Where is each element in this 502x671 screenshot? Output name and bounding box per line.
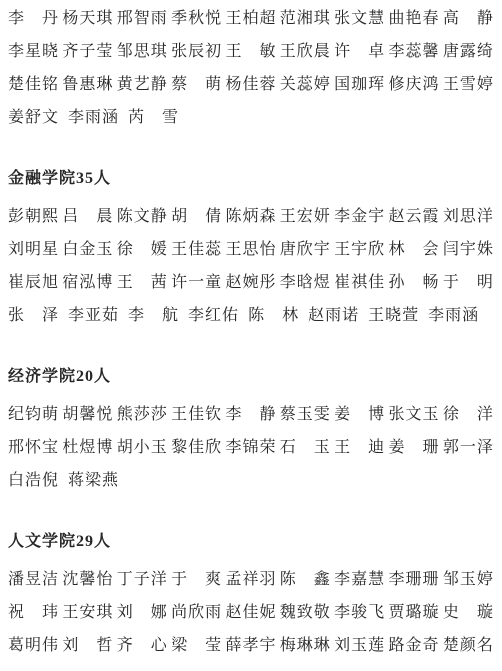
- person-name: 李金宇: [334, 203, 385, 226]
- person-name: 王佳钦: [171, 401, 222, 424]
- person-name: 李星晓: [8, 38, 59, 61]
- name-list-section: 经济学院20人纪钧萌胡馨悦熊莎莎王佳钦李 静蔡玉雯姜 博张文玉徐 洋邢怀宝杜煜博…: [8, 358, 494, 495]
- person-name: 黎佳欣: [171, 434, 222, 457]
- name-row: 楚佳铭鲁惠琳黄艺静蔡 萌杨佳蓉关蕊婷国珈珲修庆鸿王雪婷: [8, 66, 494, 99]
- name-list-section: 李 丹杨天琪邢智雨季秋悦王柏超范湘琪张文慧曲艳春高 静李星晓齐子莹邹思琪张辰初王…: [8, 0, 494, 132]
- name-row: 白浩倪蒋梁燕: [8, 462, 494, 495]
- person-name: 胡小玉: [117, 434, 168, 457]
- person-name: 鲁惠琳: [62, 71, 113, 94]
- person-name: 邹思琪: [117, 38, 168, 61]
- person-name: 胡馨悦: [62, 401, 113, 424]
- document: 李 丹杨天琪邢智雨季秋悦王柏超范湘琪张文慧曲艳春高 静李星晓齐子莹邹思琪张辰初王…: [8, 0, 494, 660]
- person-name: 陈 林: [248, 302, 299, 325]
- name-row: 张 泽李亚茹李 航李红佑陈 林赵雨诺王晓萱李雨涵: [8, 297, 494, 330]
- name-row: 祝 玮王安琪刘 娜尚欣雨赵佳妮魏致敬李骏飞贾璐璇史 璇: [8, 594, 494, 627]
- person-name: 吕 晨: [62, 203, 113, 226]
- person-name: 季秋悦: [171, 5, 222, 28]
- person-name: 王柏超: [225, 5, 276, 28]
- person-name: 楚佳铭: [8, 71, 59, 94]
- person-name: 丁子洋: [117, 566, 168, 589]
- person-name: 李晗煜: [280, 269, 331, 292]
- person-name: 齐 心: [117, 632, 168, 655]
- person-name: 魏致敬: [280, 599, 331, 622]
- person-name: 梅琳琳: [280, 632, 331, 655]
- person-name: 祝 玮: [8, 599, 59, 622]
- person-name: 芮 雪: [128, 104, 179, 127]
- person-name: 修庆鸿: [389, 71, 440, 94]
- person-name: 高 静: [443, 5, 494, 28]
- person-name: 李嘉慧: [334, 566, 385, 589]
- person-name: 王雪婷: [443, 71, 494, 94]
- person-name: 闫宇姝: [443, 236, 494, 259]
- person-name: 蔡 萌: [171, 71, 222, 94]
- person-name: 许一童: [171, 269, 222, 292]
- person-name: 熊莎莎: [117, 401, 168, 424]
- person-name: 崔辰旭: [8, 269, 59, 292]
- person-name: 刘 哲: [62, 632, 113, 655]
- person-name: 崔祺佳: [334, 269, 385, 292]
- name-row: 李星晓齐子莹邹思琪张辰初王 敏王欣晨许 卓李蕊馨唐露绮: [8, 33, 494, 66]
- person-name: 邢怀宝: [8, 434, 59, 457]
- section-header: 金融学院35人: [8, 160, 494, 193]
- person-name: 姜舒文: [8, 104, 59, 127]
- person-name: 刘玉莲: [334, 632, 385, 655]
- person-name: 孟祥羽: [225, 566, 276, 589]
- person-name: 宿泓博: [62, 269, 113, 292]
- person-name: 张文玉: [389, 401, 440, 424]
- person-name: 王佳蕊: [171, 236, 222, 259]
- person-name: 王 迪: [334, 434, 385, 457]
- person-name: 李雨涵: [428, 302, 479, 325]
- person-name: 许 卓: [334, 38, 385, 61]
- name-list-section: 人文学院29人潘昱洁沈馨怡丁子洋于 爽孟祥羽陈 鑫李嘉慧李珊珊邹玉婷祝 玮王安琪…: [8, 523, 494, 660]
- person-name: 楚颜名: [443, 632, 494, 655]
- person-name: 李蕊馨: [389, 38, 440, 61]
- person-name: 范湘琪: [280, 5, 331, 28]
- person-name: 邹玉婷: [443, 566, 494, 589]
- person-name: 杜煜博: [62, 434, 113, 457]
- person-name: 赵云霞: [389, 203, 440, 226]
- person-name: 郭一泽: [443, 434, 494, 457]
- person-name: 刘明星: [8, 236, 59, 259]
- person-name: 李亚茹: [68, 302, 119, 325]
- person-name: 陈文静: [117, 203, 168, 226]
- person-name: 葛明伟: [8, 632, 59, 655]
- person-name: 李 静: [225, 401, 276, 424]
- person-name: 尚欣雨: [171, 599, 222, 622]
- name-row: 邢怀宝杜煜博胡小玉黎佳欣李锦荣石 玉王 迪姜 珊郭一泽: [8, 429, 494, 462]
- person-name: 姜 博: [334, 401, 385, 424]
- person-name: 白浩倪: [8, 467, 59, 490]
- person-name: 蔡玉雯: [280, 401, 331, 424]
- person-name: 赵婉彤: [225, 269, 276, 292]
- person-name: 林 会: [389, 236, 440, 259]
- name-row: 李 丹杨天琪邢智雨季秋悦王柏超范湘琪张文慧曲艳春高 静: [8, 0, 494, 33]
- person-name: 国珈珲: [334, 71, 385, 94]
- name-row: 姜舒文李雨涵芮 雪: [8, 99, 494, 132]
- person-name: 薛孝宇: [225, 632, 276, 655]
- person-name: 张文慧: [334, 5, 385, 28]
- person-name: 沈馨怡: [62, 566, 113, 589]
- person-name: 陈 鑫: [280, 566, 331, 589]
- person-name: 杨天琪: [62, 5, 113, 28]
- name-row: 纪钧萌胡馨悦熊莎莎王佳钦李 静蔡玉雯姜 博张文玉徐 洋: [8, 396, 494, 429]
- person-name: 王安琪: [62, 599, 113, 622]
- person-name: 唐欣宇: [280, 236, 331, 259]
- person-name: 姜 珊: [389, 434, 440, 457]
- person-name: 李珊珊: [389, 566, 440, 589]
- person-name: 孙 畅: [389, 269, 440, 292]
- person-name: 赵雨诺: [308, 302, 359, 325]
- person-name: 李锦荣: [225, 434, 276, 457]
- person-name: 关蕊婷: [280, 71, 331, 94]
- person-name: 纪钧萌: [8, 401, 59, 424]
- person-name: 黄艺静: [117, 71, 168, 94]
- person-name: 路金奇: [389, 632, 440, 655]
- person-name: 杨佳蓉: [225, 71, 276, 94]
- person-name: 潘昱洁: [8, 566, 59, 589]
- person-name: 于 爽: [171, 566, 222, 589]
- person-name: 石 玉: [280, 434, 331, 457]
- person-name: 齐子莹: [62, 38, 113, 61]
- person-name: 李 航: [128, 302, 179, 325]
- person-name: 史 璇: [443, 599, 494, 622]
- person-name: 张辰初: [171, 38, 222, 61]
- person-name: 梁 莹: [171, 632, 222, 655]
- person-name: 王宏妍: [280, 203, 331, 226]
- person-name: 徐 媛: [117, 236, 168, 259]
- person-name: 邢智雨: [117, 5, 168, 28]
- person-name: 王晓萱: [368, 302, 419, 325]
- person-name: 刘 娜: [117, 599, 168, 622]
- person-name: 李雨涵: [68, 104, 119, 127]
- person-name: 王欣晨: [280, 38, 331, 61]
- person-name: 徐 洋: [443, 401, 494, 424]
- name-row: 崔辰旭宿泓博王 茜许一童赵婉彤李晗煜崔祺佳孙 畅于 明: [8, 264, 494, 297]
- person-name: 王宇欣: [334, 236, 385, 259]
- person-name: 李骏飞: [334, 599, 385, 622]
- person-name: 陈炳森: [225, 203, 276, 226]
- person-name: 王 敏: [225, 38, 276, 61]
- person-name: 彭朝熙: [8, 203, 59, 226]
- name-row: 潘昱洁沈馨怡丁子洋于 爽孟祥羽陈 鑫李嘉慧李珊珊邹玉婷: [8, 561, 494, 594]
- person-name: 于 明: [443, 269, 494, 292]
- person-name: 赵佳妮: [225, 599, 276, 622]
- person-name: 唐露绮: [443, 38, 494, 61]
- section-header: 经济学院20人: [8, 358, 494, 391]
- person-name: 刘思洋: [443, 203, 494, 226]
- person-name: 李红佑: [188, 302, 239, 325]
- person-name: 蒋梁燕: [68, 467, 119, 490]
- person-name: 李 丹: [8, 5, 59, 28]
- name-list-section: 金融学院35人彭朝熙吕 晨陈文静胡 倩陈炳森王宏妍李金宇赵云霞刘思洋刘明星白金玉…: [8, 160, 494, 330]
- person-name: 王 茜: [117, 269, 168, 292]
- section-header: 人文学院29人: [8, 523, 494, 556]
- name-row: 彭朝熙吕 晨陈文静胡 倩陈炳森王宏妍李金宇赵云霞刘思洋: [8, 198, 494, 231]
- person-name: 曲艳春: [389, 5, 440, 28]
- name-row: 葛明伟刘 哲齐 心梁 莹薛孝宇梅琳琳刘玉莲路金奇楚颜名: [8, 627, 494, 660]
- person-name: 贾璐璇: [389, 599, 440, 622]
- name-row: 刘明星白金玉徐 媛王佳蕊王思怡唐欣宇王宇欣林 会闫宇姝: [8, 231, 494, 264]
- person-name: 王思怡: [225, 236, 276, 259]
- person-name: 张 泽: [8, 302, 59, 325]
- person-name: 胡 倩: [171, 203, 222, 226]
- person-name: 白金玉: [62, 236, 113, 259]
